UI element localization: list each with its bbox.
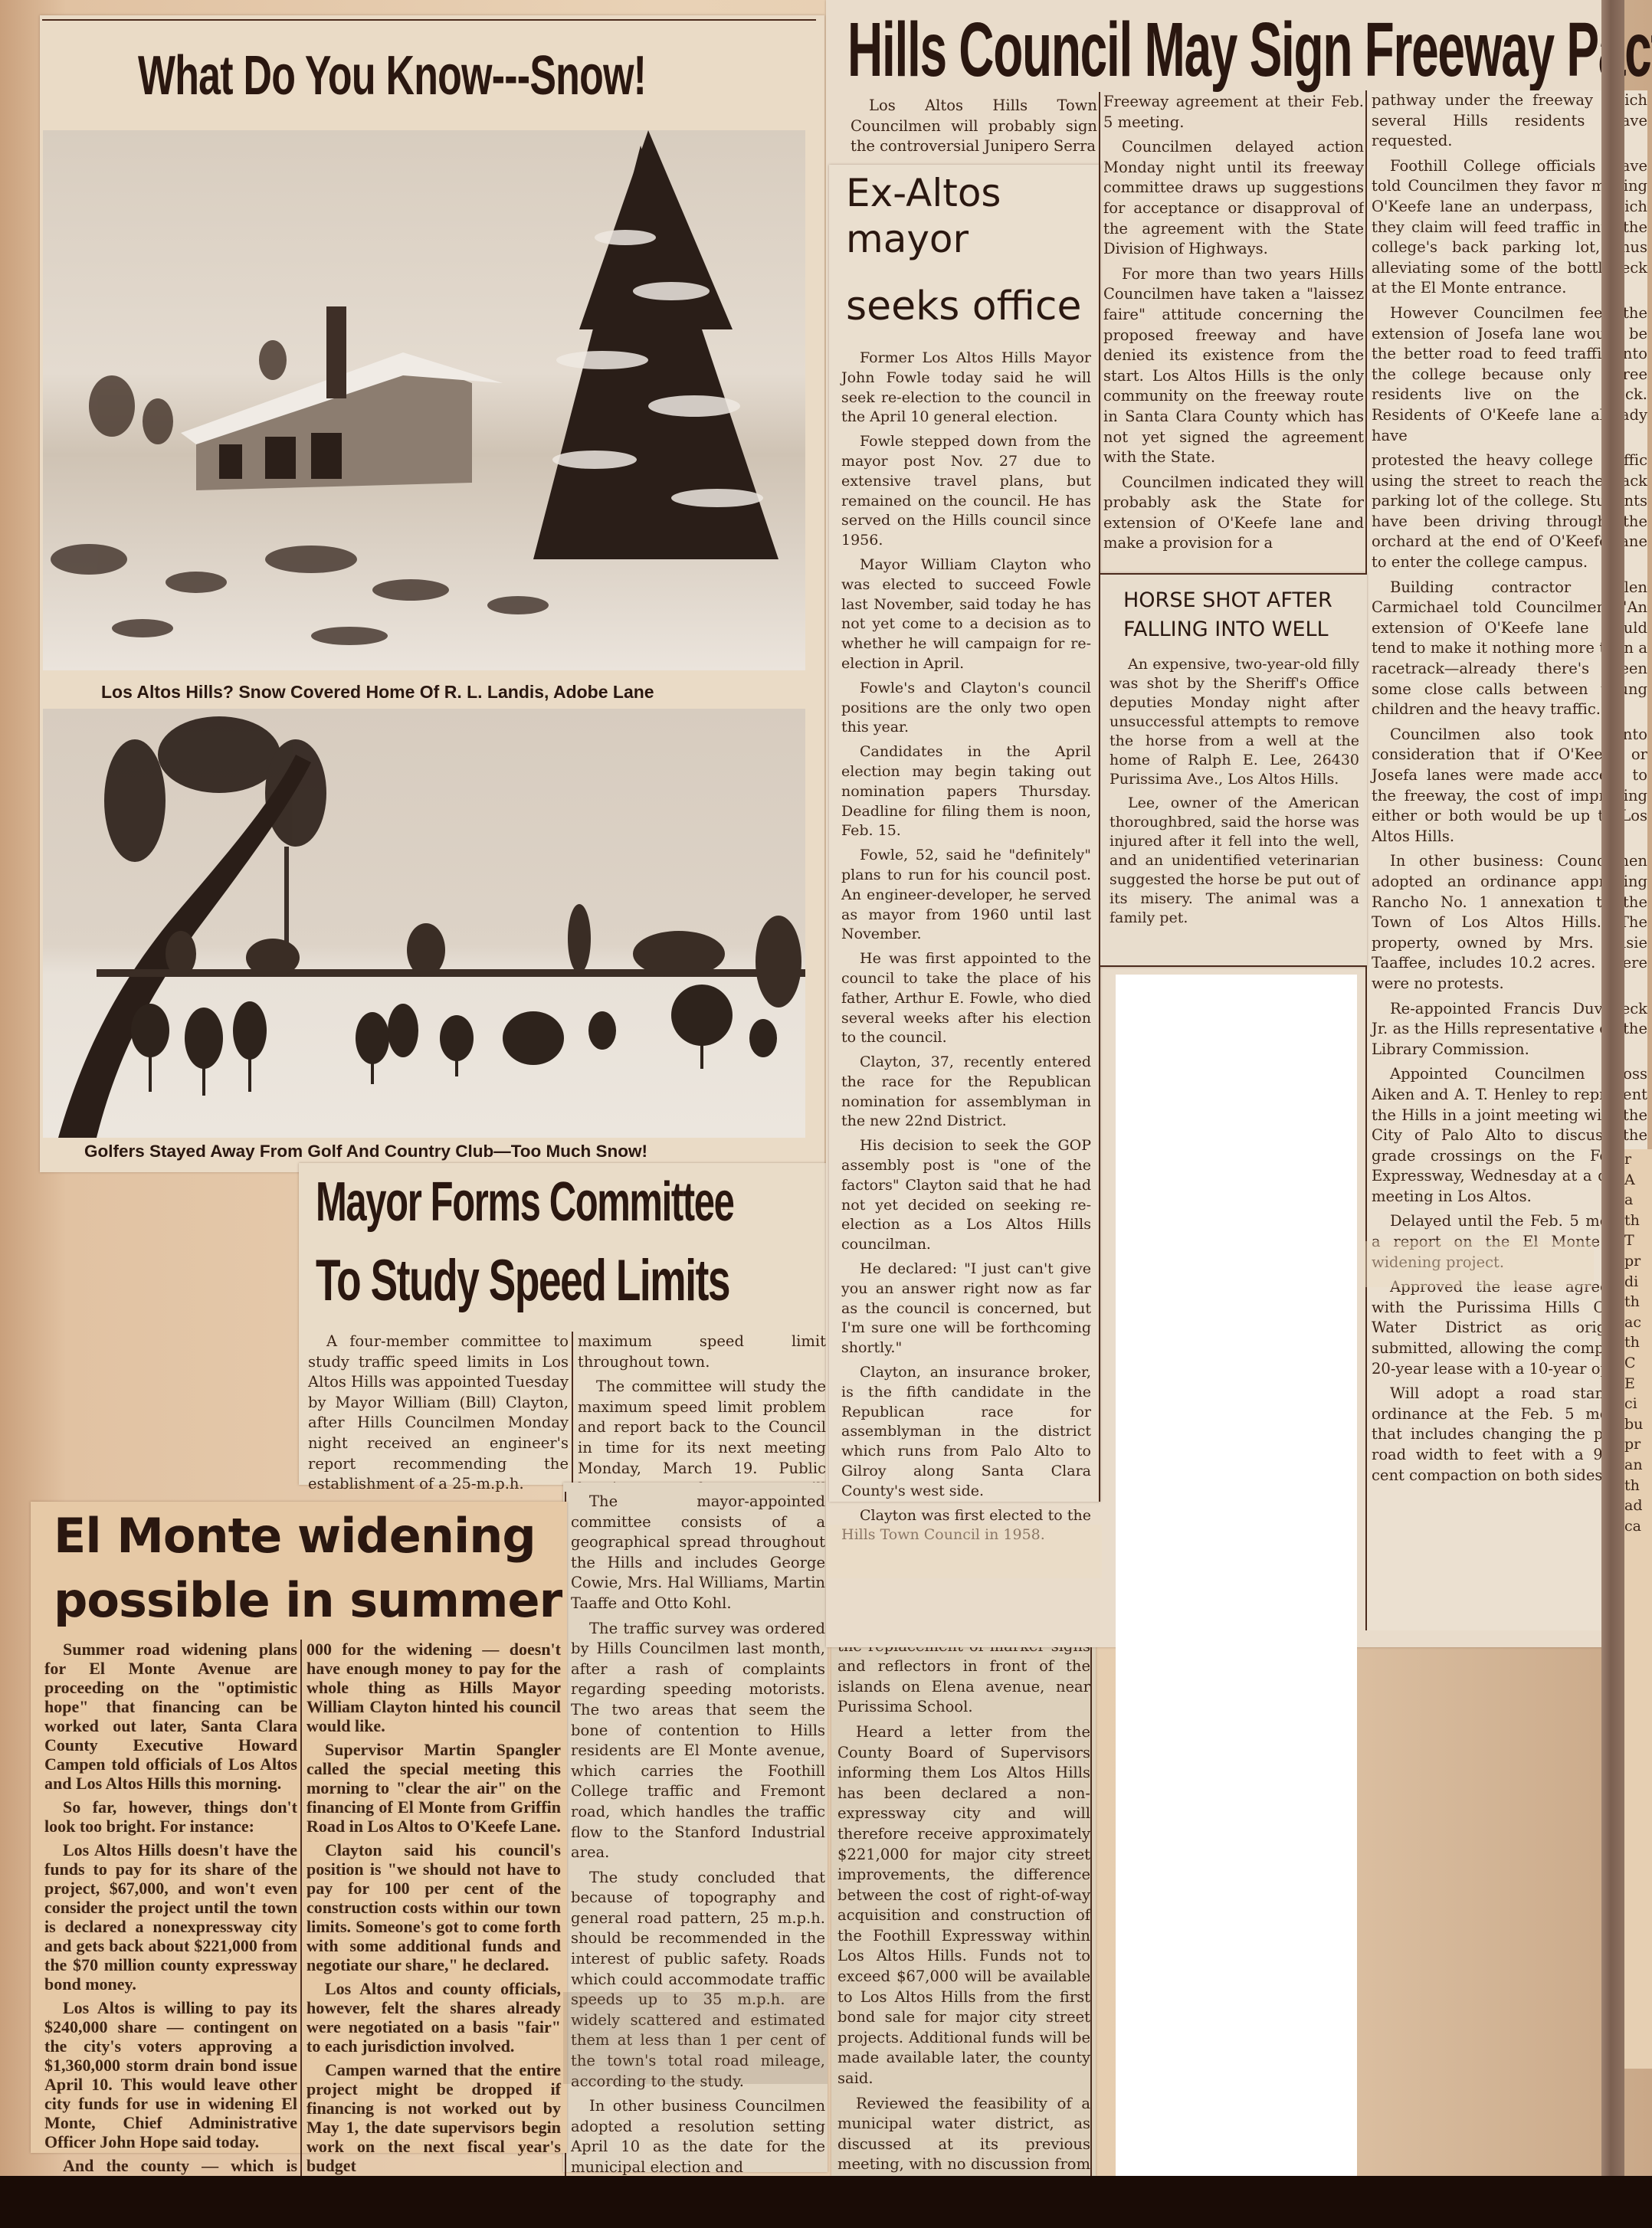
speed-col3-paragraph: Heard a letter from the County Board of … xyxy=(837,1722,1090,2089)
freeway-col2-paragraph: Freeway agreement at their Feb. 5 meetin… xyxy=(1103,92,1364,133)
elmonte-col2-paragraph: Campen warned that the entire project mi… xyxy=(306,2060,561,2175)
edge-fragment: pr xyxy=(1624,1251,1652,1272)
elmonte-col2-paragraph: Los Altos and county officials, however,… xyxy=(306,1979,561,2056)
ex-mayor-article: Ex-Altos mayor seeks office Former Los A… xyxy=(829,165,1100,1502)
snow-headline: What Do You Know---Snow! xyxy=(138,44,646,107)
blank-area xyxy=(1116,975,1357,2228)
elmonte-col2-paragraph: 000 for the widening — doesn't have enou… xyxy=(306,1640,561,1735)
elmonte-col2: 000 for the widening — doesn't have enou… xyxy=(300,1640,561,2180)
ex-mayor-paragraph: Clayton, 37, recently entered the race f… xyxy=(841,1053,1091,1132)
ex-mayor-paragraph: Clayton, an insurance broker, is the fif… xyxy=(841,1363,1091,1502)
page-fold-shadow xyxy=(1601,0,1624,2228)
edge-fragment: an xyxy=(1624,1455,1652,1476)
ex-mayor-paragraph: Fowle, 52, said he "definitely" plans to… xyxy=(841,846,1091,945)
speed-col2-top: maximum speed limit throughout town. The… xyxy=(572,1332,826,1485)
ex-mayor-paragraph: Former Los Altos Hills Mayor John Fowle … xyxy=(841,349,1091,428)
speed-col1: A four-member committee to study traffic… xyxy=(308,1332,569,1499)
edge-fragment: E xyxy=(1624,1374,1652,1394)
edge-fragment: r xyxy=(1624,1149,1652,1170)
edge-fragment: a xyxy=(1624,1190,1652,1211)
ex-mayor-headline-line3: seeks office xyxy=(846,283,1081,329)
edge-fragment: ca xyxy=(1624,1516,1652,1537)
freeway-col1-paragraph: Los Altos Hills Town Councilmen will pro… xyxy=(851,96,1097,157)
scrapbook-page: What Do You Know---Snow! xyxy=(0,0,1652,2228)
table-surface xyxy=(0,2176,1652,2228)
speed-headline-line2: To Study Speed Limits xyxy=(316,1247,729,1314)
edge-fragment: th xyxy=(1624,1476,1652,1496)
horse-headline-line1: HORSE SHOT AFTER xyxy=(1123,588,1332,612)
horse-paragraph: An expensive, two-year-old filly was sho… xyxy=(1110,655,1359,789)
elmonte-col1: Summer road widening plans for El Monte … xyxy=(44,1640,297,2218)
elmonte-col2-paragraph: Clayton said his council's position is "… xyxy=(306,1840,561,1974)
freeway-col1-lead: Los Altos Hills Town Councilmen will pro… xyxy=(851,96,1097,162)
horse-headline-line2: FALLING INTO WELL xyxy=(1123,618,1329,641)
elmonte-headline-line2: possible in summer xyxy=(54,1572,562,1628)
speed-col1-paragraph: A four-member committee to study traffic… xyxy=(308,1332,569,1495)
freeway-col2: Freeway agreement at their Feb. 5 meetin… xyxy=(1099,92,1364,567)
golf-course-caption: Golfers Stayed Away From Golf And Countr… xyxy=(84,1142,647,1162)
golf-course-image xyxy=(43,709,805,1138)
speed-headline-line1: Mayor Forms Committee xyxy=(316,1171,733,1234)
horse-paragraph: Lee, owner of the American thoroughbred,… xyxy=(1110,794,1359,928)
ex-mayor-body: Former Los Altos Hills Mayor John Fowle … xyxy=(841,349,1091,1550)
edge-fragment: th xyxy=(1624,1211,1652,1231)
freeway-col2-paragraph: For more than two years Hills Councilmen… xyxy=(1103,264,1364,468)
snow-house-image xyxy=(43,130,805,670)
ex-mayor-paragraph: He declared: "I just can't give you an a… xyxy=(841,1260,1091,1358)
elmonte-col1-paragraph: Summer road widening plans for El Monte … xyxy=(44,1640,297,1793)
el-monte-article: El Monte widening possible in summer Sum… xyxy=(31,1502,567,2153)
horse-body: An expensive, two-year-old filly was sho… xyxy=(1110,655,1359,932)
snow-house-caption: Los Altos Hills? Snow Covered Home Of R.… xyxy=(101,682,654,703)
edge-fragment: ad xyxy=(1624,1496,1652,1516)
elmonte-col1-paragraph: Los Altos is willing to pay its $240,000… xyxy=(44,1998,297,2151)
elmonte-headline-line1: El Monte widening xyxy=(54,1508,536,1564)
adjacent-page-edge: r A a th T pr di th ac th C E ci bu pr a… xyxy=(1624,1149,1652,2069)
edge-fragment: ci xyxy=(1624,1394,1652,1414)
speed-col2-paragraph: The committee will study the maximum spe… xyxy=(578,1377,826,1485)
edge-fragment: A xyxy=(1624,1170,1652,1191)
edge-fragment: T xyxy=(1624,1230,1652,1251)
edge-fragment: di xyxy=(1624,1272,1652,1293)
elmonte-col1-paragraph: So far, however, things don't look too b… xyxy=(44,1797,297,1836)
edge-fragment: th xyxy=(1624,1332,1652,1353)
snow-feature-clipping: What Do You Know---Snow! xyxy=(40,15,824,1172)
ex-mayor-paragraph: His decision to seek the GOP assembly po… xyxy=(841,1136,1091,1255)
ex-mayor-headline-line2: mayor xyxy=(846,217,969,261)
ex-mayor-paragraph: Fowle's and Clayton's council positions … xyxy=(841,679,1091,738)
speed-col2-paragraph: The traffic survey was ordered by Hills … xyxy=(571,1619,825,1863)
speed-col2-paragraph: In other business Councilmen adopted a r… xyxy=(571,2096,825,2177)
elmonte-col1-paragraph: Los Altos Hills doesn't have the funds t… xyxy=(44,1840,297,1994)
elmonte-col2-paragraph: Supervisor Martin Spangler called the sp… xyxy=(306,1740,561,1836)
golf-course-photo xyxy=(43,709,805,1138)
speed-limit-article: Mayor Forms Committee To Study Speed Lim… xyxy=(299,1163,826,1485)
tape-strip xyxy=(563,1992,828,2084)
freeway-col2-paragraph: Councilmen delayed action Monday night u… xyxy=(1103,137,1364,260)
ex-mayor-paragraph: Mayor William Clayton who was elected to… xyxy=(841,555,1091,674)
tape-strip xyxy=(1364,1241,1594,1287)
ex-mayor-paragraph: Fowle stepped down from the mayor post N… xyxy=(841,432,1091,551)
edge-fragment: th xyxy=(1624,1292,1652,1312)
horse-article: HORSE SHOT AFTER FALLING INTO WELL An ex… xyxy=(1100,573,1367,967)
edge-fragment: C xyxy=(1624,1353,1652,1374)
ex-mayor-headline-line1: Ex-Altos xyxy=(846,171,1001,215)
tape-strip xyxy=(826,1525,1102,1578)
ex-mayor-paragraph: He was first appointed to the council to… xyxy=(841,949,1091,1048)
freeway-headline: Hills Council May Sign Freeway Pact xyxy=(847,6,1652,94)
top-rule xyxy=(42,19,816,21)
snow-house-photo xyxy=(43,130,805,670)
speed-col2-paragraph: maximum speed limit throughout town. xyxy=(578,1332,826,1372)
freeway-col2-paragraph: Councilmen indicated they will probably … xyxy=(1103,473,1364,554)
edge-fragment: pr xyxy=(1624,1434,1652,1455)
edge-fragment: ac xyxy=(1624,1312,1652,1333)
ex-mayor-paragraph: Candidates in the April election may beg… xyxy=(841,742,1091,841)
speed-col2-paragraph: The mayor-appointed committee consists o… xyxy=(571,1492,825,1614)
edge-fragment: bu xyxy=(1624,1414,1652,1435)
